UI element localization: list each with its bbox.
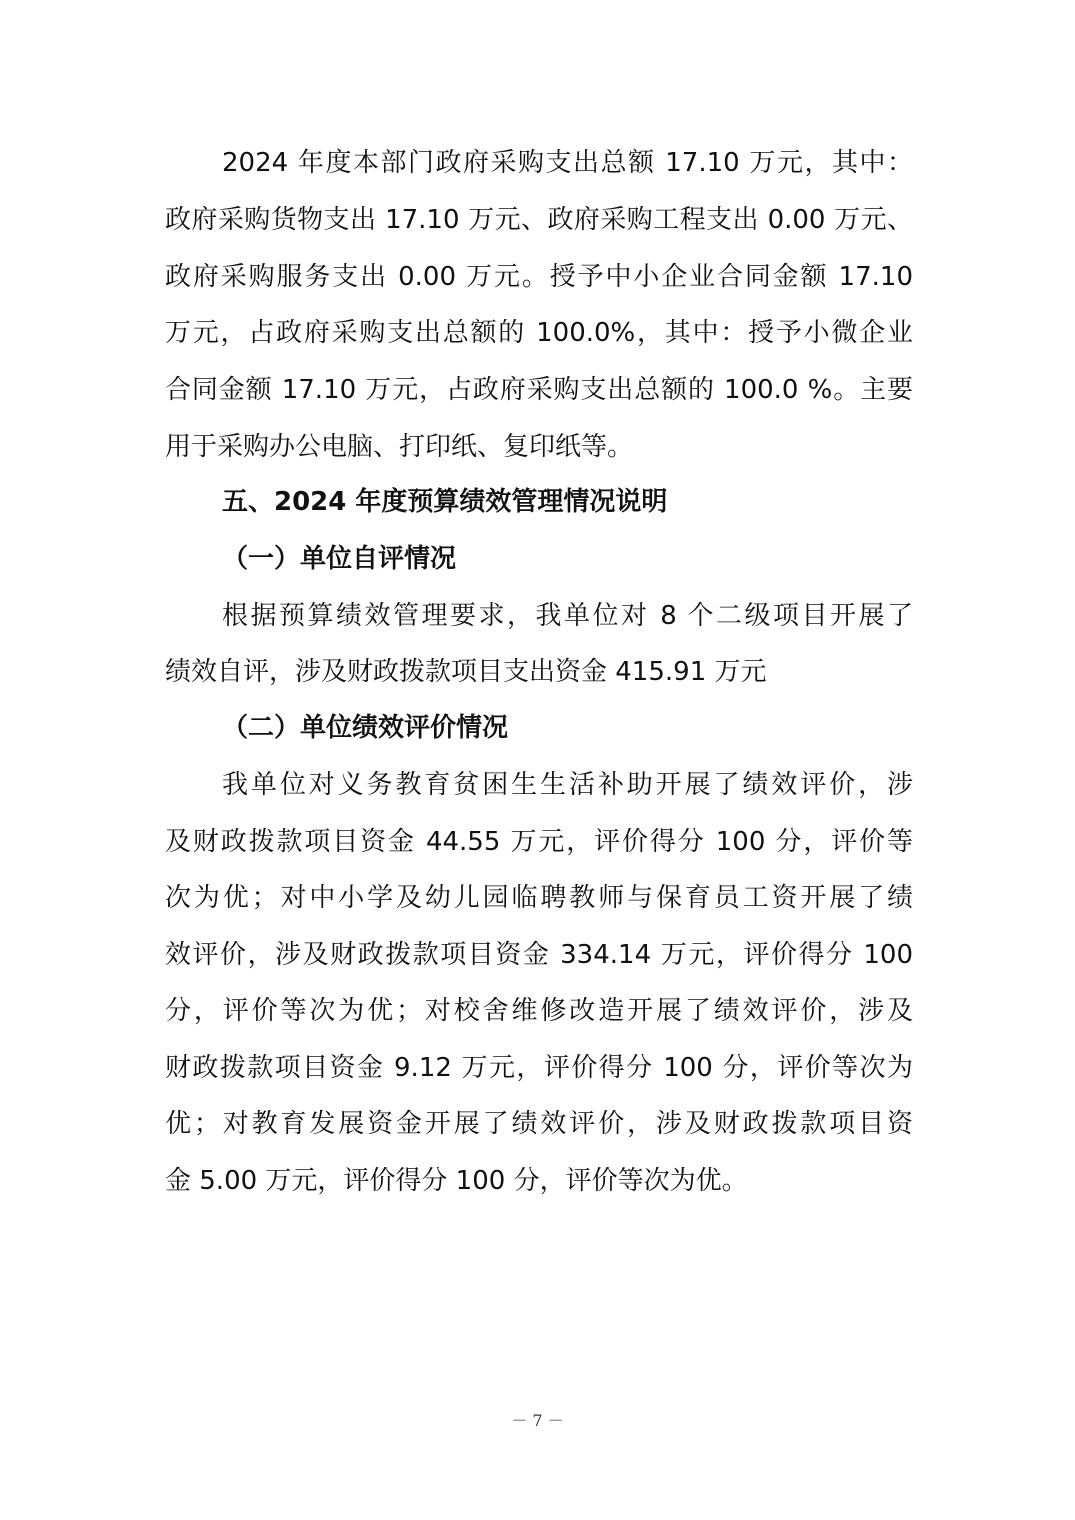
paragraph-line: 政府采购货物支出 17.10 万元、政府采购工程支出 0.00 万元、 xyxy=(165,200,913,240)
paragraph-line: 次为优；对中小学及幼儿园临聘教师与保育员工资开展了绩 xyxy=(165,878,913,918)
section-heading: 五、2024 年度预算绩效管理情况说明 xyxy=(222,482,667,522)
paragraph-line: 绩效自评，涉及财政拨款项目支出资金 415.91 万元 xyxy=(165,652,913,692)
subsection-heading: （一）单位自评情况 xyxy=(222,539,456,579)
paragraph-line: 2024 年度本部门政府采购支出总额 17.10 万元，其中： xyxy=(222,143,913,183)
page-number: － 7 － xyxy=(0,1408,1075,1431)
paragraph-line: 金 5.00 万元，评价得分 100 分，评价等次为优。 xyxy=(165,1161,913,1201)
paragraph-line: 合同金额 17.10 万元，占政府采购支出总额的 100.0 %。主要 xyxy=(165,370,913,410)
paragraph-line: 及财政拨款项目资金 44.55 万元，评价得分 100 分，评价等 xyxy=(165,822,913,862)
paragraph-line: 财政拨款项目资金 9.12 万元，评价得分 100 分，评价等次为 xyxy=(165,1048,913,1088)
paragraph-line: 我单位对义务教育贫困生生活补助开展了绩效评价，涉 xyxy=(222,765,913,805)
subsection-heading: （二）单位绩效评价情况 xyxy=(222,708,508,748)
paragraph-line: 效评价，涉及财政拨款项目资金 334.14 万元，评价得分 100 xyxy=(165,935,913,975)
paragraph-line: 分，评价等次为优；对校舍维修改造开展了绩效评价，涉及 xyxy=(165,991,913,1031)
paragraph-line: 万元，占政府采购支出总额的 100.0%，其中：授予小微企业 xyxy=(165,313,913,353)
paragraph-line: 根据预算绩效管理要求，我单位对 8 个二级项目开展了 xyxy=(222,596,913,636)
paragraph-line: 优；对教育发展资金开展了绩效评价，涉及财政拨款项目资 xyxy=(165,1104,913,1144)
document-page: 2024 年度本部门政府采购支出总额 17.10 万元，其中： 政府采购货物支出… xyxy=(0,0,1075,1520)
paragraph-line: 政府采购服务支出 0.00 万元。授予中小企业合同金额 17.10 xyxy=(165,257,913,297)
paragraph-line: 用于采购办公电脑、打印纸、复印纸等。 xyxy=(165,427,913,467)
